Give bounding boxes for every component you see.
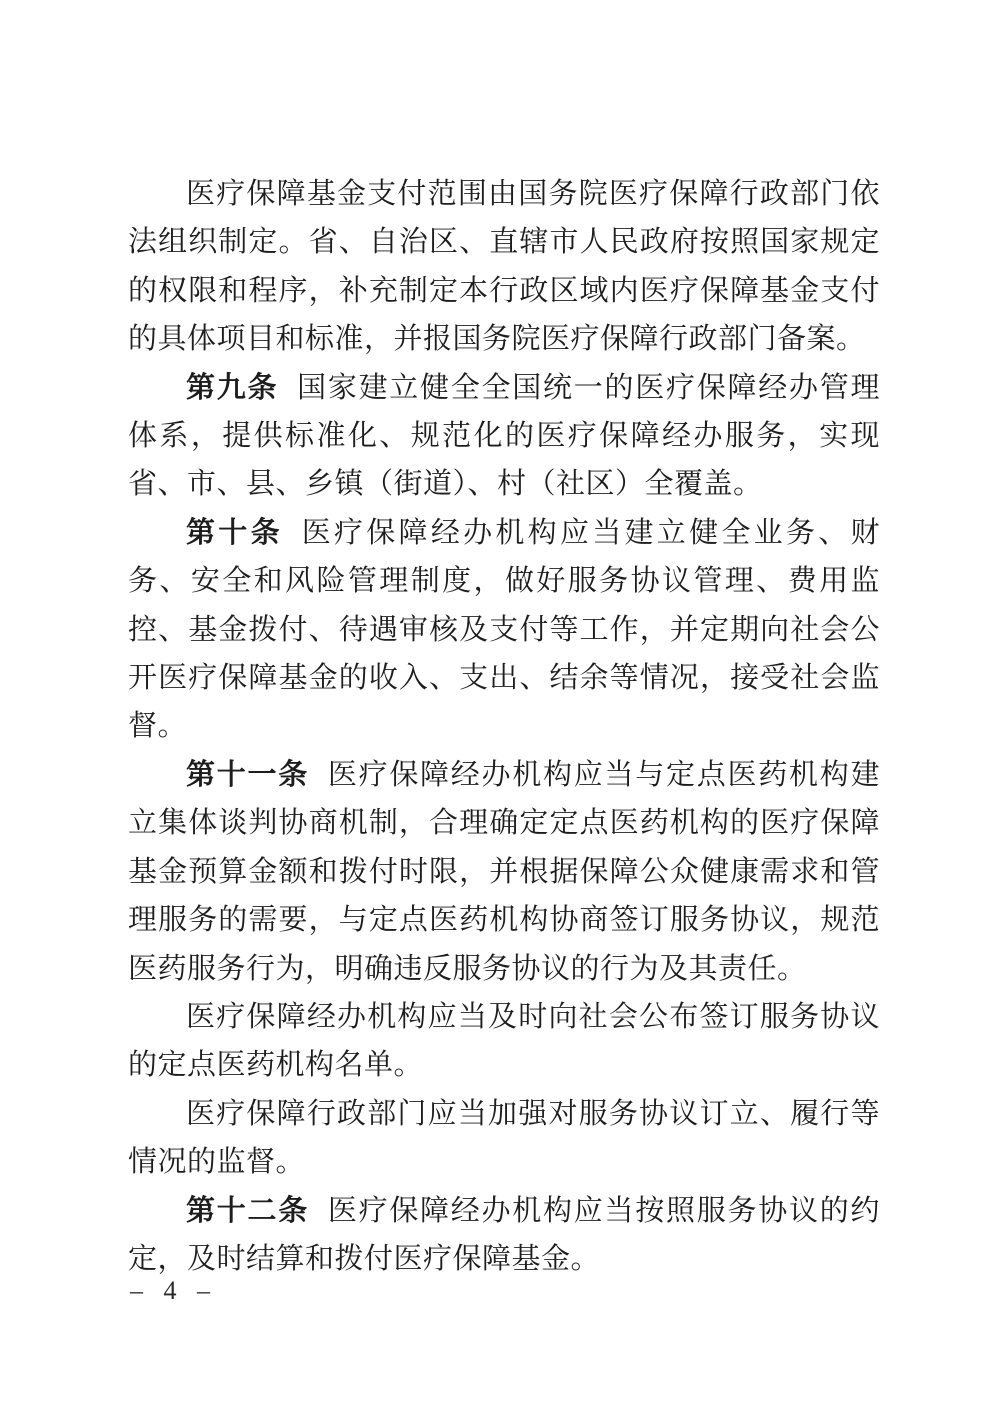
paragraph: 医疗保障基金支付范围由国务院医疗保障行政部门依法组织制定。省、自治区、直辖市人民… [128, 170, 880, 364]
paragraph-text: 医疗保障行政部门应当加强对服务协议订立、履行等情况的监督。 [128, 1098, 880, 1178]
paragraph-text: 医疗保障经办机构应当与定点医药机构建立集体谈判协商机制，合理确定定点医药机构的医… [128, 759, 880, 985]
paragraph: 第十一条医疗保障经办机构应当与定点医药机构建立集体谈判协商机制，合理确定定点医药… [128, 751, 880, 993]
paragraph: 医疗保障行政部门应当加强对服务协议订立、履行等情况的监督。 [128, 1090, 880, 1187]
page-footer: – 4 – [130, 1276, 212, 1306]
paragraph: 第十二条医疗保障经办机构应当按照服务协议的约定，及时结算和拨付医疗保障基金。 [128, 1187, 880, 1284]
article-heading: 第十二条 [186, 1195, 309, 1227]
paragraph: 第十条医疗保障经办机构应当建立健全业务、财务、安全和风险管理制度，做好服务协议管… [128, 509, 880, 751]
article-heading: 第十条 [186, 517, 283, 549]
page-number: – 4 – [130, 1276, 212, 1305]
document-body: 医疗保障基金支付范围由国务院医疗保障行政部门依法组织制定。省、自治区、直辖市人民… [128, 170, 880, 1283]
paragraph-text: 医疗保障基金支付范围由国务院医疗保障行政部门依法组织制定。省、自治区、直辖市人民… [128, 178, 880, 355]
paragraph-text: 医疗保障经办机构应当及时向社会公布签订服务协议的定点医药机构名单。 [128, 1001, 880, 1081]
document-page: 医疗保障基金支付范围由国务院医疗保障行政部门依法组织制定。省、自治区、直辖市人民… [0, 0, 1000, 1414]
paragraph: 医疗保障经办机构应当及时向社会公布签订服务协议的定点医药机构名单。 [128, 993, 880, 1090]
article-heading: 第九条 [186, 372, 278, 404]
paragraph: 第九条国家建立健全全国统一的医疗保障经办管理体系，提供标准化、规范化的医疗保障经… [128, 364, 880, 509]
paragraph-text: 医疗保障经办机构应当建立健全业务、财务、安全和风险管理制度，做好服务协议管理、费… [128, 517, 880, 743]
article-heading: 第十一条 [186, 759, 309, 791]
